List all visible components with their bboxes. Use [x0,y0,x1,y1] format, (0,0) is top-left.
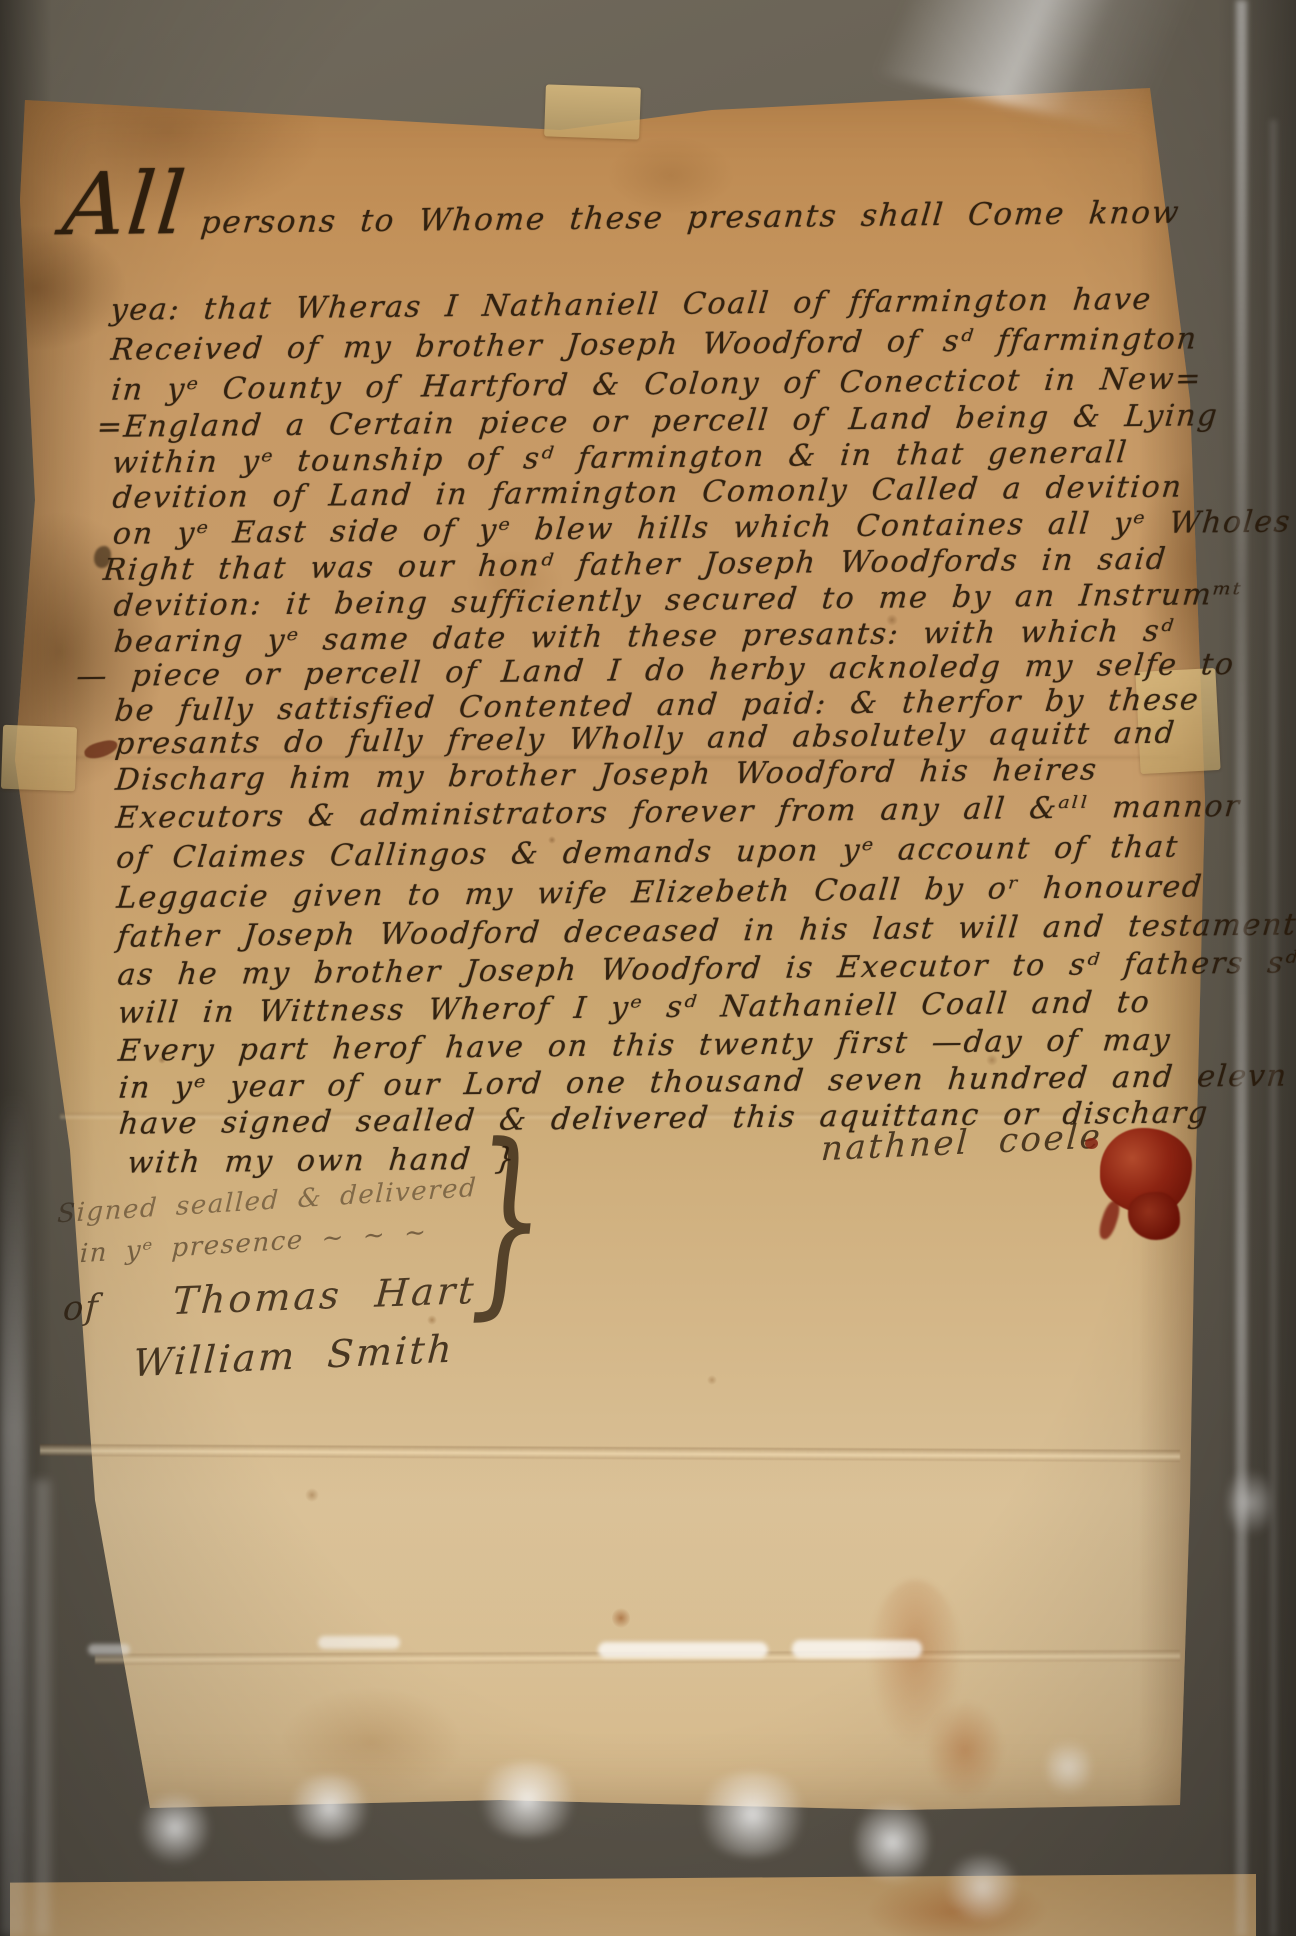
witness-signature-william-smith: William Smith [132,1327,456,1386]
opening-line: All persons to Whome these presants shal… [59,151,1186,249]
plastic-glare-highlight [1046,1735,1091,1800]
plastic-glare-highlight [855,1795,930,1890]
manuscript-line: Received of my brother Joseph Woodford o… [109,321,1199,367]
plastic-glare-highlight [318,1636,400,1649]
attestation-brace: } [467,1117,546,1321]
opening-line-text: persons to Whome these presants shall Co… [199,195,1182,241]
opening-initial-capital: All [59,161,190,248]
plastic-glare-highlight [940,1855,1025,1920]
plastic-glare-highlight [470,1762,585,1837]
plastic-glare-highlight [690,1772,815,1857]
manuscript-line: yea: that Wheras I Nathaniell Coall of f… [109,282,1154,328]
plastic-glare-highlight [598,1642,768,1658]
plastic-glare-highlight [88,1644,130,1655]
attestation-of: of [62,1287,100,1329]
manuscript-line: Leggacie given to my wife Elizebeth Coal… [115,869,1205,915]
plastic-glare-highlight [140,1788,210,1868]
witness-signature-thomas-hart: Thomas Hart [171,1268,478,1323]
attestation-line: in yᵉ presence ~ ~ ~ [79,1217,428,1269]
plastic-glare-highlight [792,1640,922,1658]
manuscript-line: of Claimes Callingos & demands upon yᵉ a… [115,830,1181,876]
plastic-glare-highlight [282,1775,377,1840]
next-document-edge [10,1874,1256,1936]
manuscript-photo: All persons to Whome these presants shal… [0,0,1296,1936]
plastic-glare-highlight [1228,1460,1270,1545]
